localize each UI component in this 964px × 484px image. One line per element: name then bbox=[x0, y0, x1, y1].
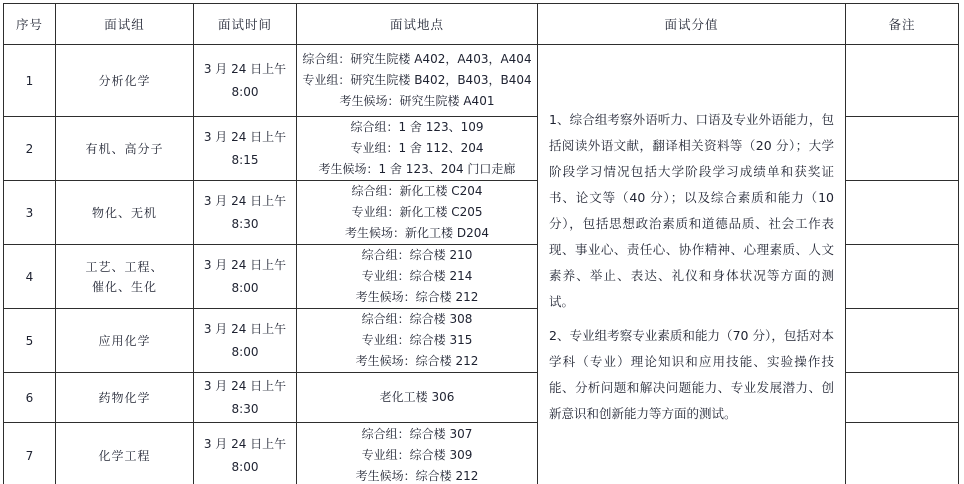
location-line: 综合组：综合楼 308 bbox=[297, 309, 537, 330]
header-remark: 备注 bbox=[846, 4, 959, 45]
cell-no: 3 bbox=[4, 181, 56, 245]
cell-time: 3 月 24 日上午 8:00 bbox=[194, 309, 297, 373]
table-row: 1 分析化学 3 月 24 日上午 8:00 综合组：研究生院楼 A402，A4… bbox=[4, 45, 959, 117]
cell-location: 综合组：新化工楼 C204 专业组：新化工楼 C205 考生候场：新化工楼 D2… bbox=[297, 181, 538, 245]
cell-remark bbox=[846, 117, 959, 181]
location-line: 专业组：综合楼 315 bbox=[297, 330, 537, 351]
location-line: 考生候场：1 舍 123、204 门口走廊 bbox=[297, 159, 537, 180]
cell-no: 4 bbox=[4, 245, 56, 309]
cell-group: 分析化学 bbox=[56, 45, 194, 117]
header-score: 面试分值 bbox=[538, 4, 846, 45]
cell-no: 2 bbox=[4, 117, 56, 181]
cell-no: 6 bbox=[4, 373, 56, 423]
cell-remark bbox=[846, 245, 959, 309]
cell-remark bbox=[846, 181, 959, 245]
time-hour: 8:00 bbox=[194, 277, 296, 300]
cell-remark bbox=[846, 373, 959, 423]
time-hour: 8:00 bbox=[194, 456, 296, 479]
group-label: 化学工程 bbox=[56, 446, 193, 466]
group-label: 催化、生化 bbox=[56, 277, 193, 297]
time-date: 3 月 24 日上午 bbox=[194, 126, 296, 149]
location-line: 综合组：新化工楼 C204 bbox=[297, 181, 537, 202]
location-line: 综合组：综合楼 307 bbox=[297, 424, 537, 445]
location-line: 综合组：1 舍 123、109 bbox=[297, 117, 537, 138]
cell-time: 3 月 24 日上午 8:00 bbox=[194, 423, 297, 484]
cell-time: 3 月 24 日上午 8:15 bbox=[194, 117, 297, 181]
cell-group: 物化、无机 bbox=[56, 181, 194, 245]
time-hour: 8:30 bbox=[194, 213, 296, 236]
time-date: 3 月 24 日上午 bbox=[194, 433, 296, 456]
cell-group: 药物化学 bbox=[56, 373, 194, 423]
location-line: 综合组：综合楼 210 bbox=[297, 245, 537, 266]
location-line: 考生候场：综合楼 212 bbox=[297, 351, 537, 372]
cell-location: 综合组：综合楼 210 专业组：综合楼 214 考生候场：综合楼 212 bbox=[297, 245, 538, 309]
header-no: 序号 bbox=[4, 4, 56, 45]
cell-location: 综合组：综合楼 307 专业组：综合楼 309 考生候场：综合楼 212 bbox=[297, 423, 538, 484]
group-label: 工艺、工程、 bbox=[56, 257, 193, 277]
location-line: 考生候场：综合楼 212 bbox=[297, 287, 537, 308]
group-label: 物化、无机 bbox=[56, 203, 193, 223]
cell-group: 化学工程 bbox=[56, 423, 194, 484]
location-line: 考生候场：研究生院楼 A401 bbox=[297, 91, 537, 112]
cell-group: 有机、高分子 bbox=[56, 117, 194, 181]
group-label: 应用化学 bbox=[56, 331, 193, 351]
cell-location: 综合组：综合楼 308 专业组：综合楼 315 考生候场：综合楼 212 bbox=[297, 309, 538, 373]
cell-remark bbox=[846, 45, 959, 117]
cell-location: 综合组：研究生院楼 A402，A403，A404 专业组：研究生院楼 B402，… bbox=[297, 45, 538, 117]
location-line: 专业组：新化工楼 C205 bbox=[297, 202, 537, 223]
location-line: 考生候场：综合楼 212 bbox=[297, 466, 537, 484]
time-hour: 8:30 bbox=[194, 398, 296, 421]
cell-group: 应用化学 bbox=[56, 309, 194, 373]
cell-group: 工艺、工程、 催化、生化 bbox=[56, 245, 194, 309]
location-line: 专业组：1 舍 112、204 bbox=[297, 138, 537, 159]
cell-location: 综合组：1 舍 123、109 专业组：1 舍 112、204 考生候场：1 舍… bbox=[297, 117, 538, 181]
time-date: 3 月 24 日上午 bbox=[194, 58, 296, 81]
cell-no: 1 bbox=[4, 45, 56, 117]
time-hour: 8:15 bbox=[194, 149, 296, 172]
header-group: 面试组 bbox=[56, 4, 194, 45]
group-label: 分析化学 bbox=[56, 71, 193, 91]
group-label: 药物化学 bbox=[56, 388, 193, 408]
score-paragraph-2: 2、专业组考察专业素质和能力（70 分），包括对本学科（专业）理论知识和应用技能… bbox=[549, 323, 834, 427]
cell-no: 5 bbox=[4, 309, 56, 373]
cell-location: 老化工楼 306 bbox=[297, 373, 538, 423]
time-date: 3 月 24 日上午 bbox=[194, 254, 296, 277]
cell-time: 3 月 24 日上午 8:00 bbox=[194, 245, 297, 309]
location-line: 专业组：综合楼 214 bbox=[297, 266, 537, 287]
time-hour: 8:00 bbox=[194, 81, 296, 104]
cell-remark bbox=[846, 423, 959, 484]
header-row: 序号 面试组 面试时间 面试地点 面试分值 备注 bbox=[4, 4, 959, 45]
cell-score-merged: 1、综合组考察外语听力、口语及专业外语能力，包括阅读外语文献，翻译相关资料等（2… bbox=[538, 45, 846, 484]
location-line: 专业组：综合楼 309 bbox=[297, 445, 537, 466]
location-line: 考生候场：新化工楼 D204 bbox=[297, 223, 537, 244]
cell-time: 3 月 24 日上午 8:30 bbox=[194, 181, 297, 245]
header-location: 面试地点 bbox=[297, 4, 538, 45]
time-date: 3 月 24 日上午 bbox=[194, 375, 296, 398]
header-time: 面试时间 bbox=[194, 4, 297, 45]
time-hour: 8:00 bbox=[194, 341, 296, 364]
location-line: 专业组：研究生院楼 B402，B403，B404 bbox=[297, 70, 537, 91]
score-paragraph-1: 1、综合组考察外语听力、口语及专业外语能力，包括阅读外语文献，翻译相关资料等（2… bbox=[549, 107, 834, 315]
group-label: 有机、高分子 bbox=[56, 139, 193, 159]
location-line: 综合组：研究生院楼 A402，A403，A404 bbox=[297, 49, 537, 70]
time-date: 3 月 24 日上午 bbox=[194, 190, 296, 213]
cell-remark bbox=[846, 309, 959, 373]
location-line: 老化工楼 306 bbox=[297, 387, 537, 408]
cell-no: 7 bbox=[4, 423, 56, 484]
cell-time: 3 月 24 日上午 8:30 bbox=[194, 373, 297, 423]
cell-time: 3 月 24 日上午 8:00 bbox=[194, 45, 297, 117]
time-date: 3 月 24 日上午 bbox=[194, 318, 296, 341]
interview-schedule-table: 序号 面试组 面试时间 面试地点 面试分值 备注 1 分析化学 3 月 24 日… bbox=[3, 3, 959, 484]
